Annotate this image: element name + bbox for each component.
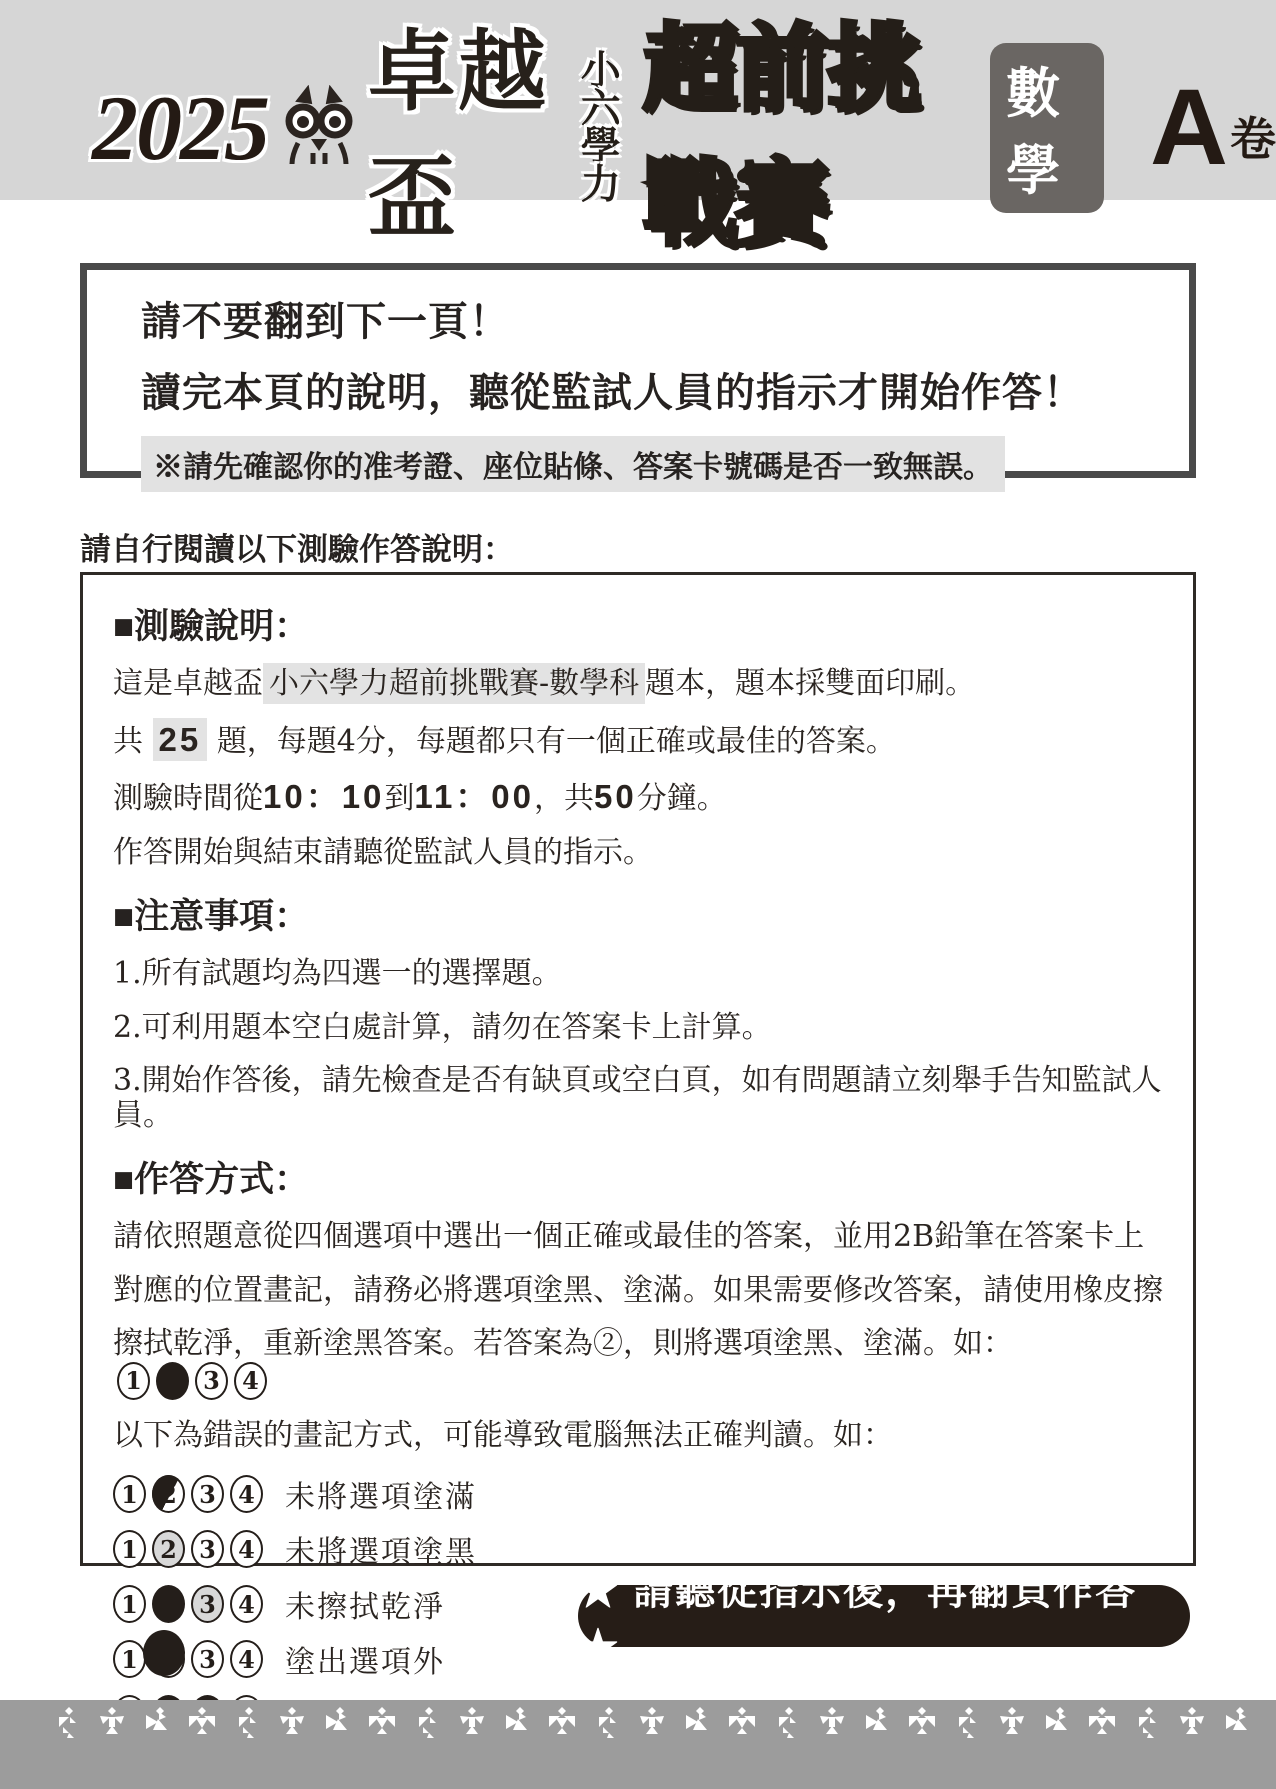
option-bubble-filled: [156, 1362, 189, 1400]
note-item-3: 3.開始作答後，請先檢查是否有缺頁或空白頁，如有問題請立刻舉手告知監試人員。: [113, 1064, 1167, 1133]
correct-marking-example: 134: [117, 1362, 273, 1400]
question-count-highlight: 25: [153, 718, 208, 761]
section-title-answer-method: ■作答方式：: [113, 1152, 1167, 1202]
tangram-figure-icon: [142, 1707, 172, 1739]
tangram-figure-icon: [862, 1707, 892, 1739]
tangram-figure-icon: [187, 1707, 217, 1739]
option-bubble: 1: [113, 1585, 146, 1623]
tangram-figure-icon: [412, 1707, 442, 1739]
tangram-figure-icon: [682, 1707, 712, 1739]
tangram-figure-icon: [637, 1707, 667, 1739]
option-bubble-gray-filled: 2: [152, 1530, 185, 1568]
option-bubble: 4: [230, 1530, 263, 1568]
section-title-notes: ■注意事項：: [113, 889, 1167, 939]
option-bubble-filled: [152, 1585, 185, 1623]
note-item-2: 2.可利用題本空白處計算，請勿在答案卡上計算。: [113, 1011, 1167, 1046]
test-info-line-3: 測驗時間從10：10到11：00，共50分鐘。: [113, 778, 1167, 817]
duration-minutes: 50: [594, 778, 637, 815]
tangram-figure-icon: [322, 1707, 352, 1739]
answer-method-line-1: 請依照題意從四個選項中選出一個正確或最佳的答案，並用2B鉛筆在答案卡上: [113, 1220, 1167, 1255]
option-bubble: 3: [195, 1362, 228, 1400]
tangram-figure-icon: [457, 1707, 487, 1739]
answer-method-line-2: 對應的位置畫記，請務必將選項塗黑、塗滿。如果需要修改答案，請使用橡皮擦: [113, 1274, 1167, 1309]
tangram-figure-icon: [97, 1707, 127, 1739]
option-bubble: 4: [230, 1640, 263, 1678]
header-band: 2025 卓越盃 小六 學力: [0, 0, 1276, 200]
grade-line-top: 小六: [581, 52, 638, 128]
text-segment: 共: [113, 724, 143, 759]
option-bubble: 1: [113, 1475, 146, 1513]
section-title-test-info: ■測驗說明：: [113, 599, 1167, 649]
tangram-figure-icon: [1087, 1707, 1117, 1739]
paper-version: A 卷: [1150, 84, 1276, 170]
note-item-1: 1.所有試題均為四選一的選擇題。: [113, 957, 1167, 992]
option-bubble: 1: [113, 1530, 146, 1568]
tangram-figure-icon: [1042, 1707, 1072, 1739]
grade-line-bottom: 學力: [581, 128, 638, 204]
event-title: 超前挑戰賽: [643, 0, 968, 263]
tangram-figure-icon: [907, 1707, 937, 1739]
option-bubble-gray-filled: 3: [191, 1585, 224, 1623]
tangram-figure-icon: [817, 1707, 847, 1739]
tangram-figure-icon: [367, 1707, 397, 1739]
year-label: 2025: [92, 75, 268, 181]
text-segment: 題本，題本採雙面印刷。: [645, 666, 975, 701]
text-segment: 到: [384, 781, 414, 816]
footer-deco-band: [0, 1700, 1276, 1789]
footer-deco-row: [52, 1707, 1276, 1739]
paper-letter: A: [1150, 84, 1228, 170]
option-bubble: 1: [113, 1640, 146, 1678]
test-info-line-4: 作答開始與結束請聽從監試人員的指示。: [113, 836, 1167, 871]
tangram-figure-icon: [952, 1707, 982, 1739]
option-bubble: 4: [230, 1475, 263, 1513]
highlighted-segment: 小六學力超前挑戰賽-數學科: [263, 663, 645, 704]
tangram-figure-icon: [277, 1707, 307, 1739]
tangram-figure-icon: [997, 1707, 1027, 1739]
wrong-marking-label: 未將選項塗滿: [285, 1472, 477, 1516]
brand-title: 卓越盃: [368, 2, 559, 254]
option-bubble-half-filled: 2: [152, 1475, 185, 1513]
text-segment: 擦拭乾淨，重新塗黑答案。若答案為②，則將選項塗黑、塗滿。如：: [113, 1326, 1013, 1361]
text-segment: 題，每題4分，每題都只有一個正確或最佳的答案。: [217, 724, 896, 759]
option-bubble: 4: [230, 1585, 263, 1623]
option-bubble: 4: [234, 1362, 267, 1400]
tangram-figure-icon: [727, 1707, 757, 1739]
option-bubble: 1: [117, 1362, 150, 1400]
instructions-box: ■測驗說明： 這是卓越盃小六學力超前挑戰賽-數學科題本，題本採雙面印刷。 共 2…: [80, 572, 1196, 1566]
answer-method-line-4: 以下為錯誤的畫記方式，可能導致電腦無法正確判讀。如：: [113, 1419, 1167, 1454]
grade-level-label: 小六 學力: [581, 52, 638, 204]
option-bubble-overflow-filled: 2: [152, 1640, 185, 1678]
test-info-line-1: 這是卓越盃小六學力超前挑戰賽-數學科題本，題本採雙面印刷。: [113, 667, 1167, 702]
option-bubble: 3: [191, 1640, 224, 1678]
answer-method-line-3: 擦拭乾淨，重新塗黑答案。若答案為②，則將選項塗黑、塗滿。如：134: [113, 1327, 1167, 1400]
notice-line-1: 請不要翻到下一頁！: [141, 290, 1189, 347]
subject-badge: 數學: [990, 43, 1104, 213]
self-read-instruction: 請自行閱讀以下測驗作答說明：: [80, 524, 514, 569]
text-segment: 分鐘。: [637, 781, 727, 816]
test-info-line-2: 共 25 題，每題4分，每題都只有一個正確或最佳的答案。: [113, 721, 1167, 760]
stop-notice-box: 請不要翻到下一頁！ 讀完本頁的說明，聽從監試人員的指示才開始作答！ ※請先確認你…: [80, 263, 1196, 478]
tangram-figure-icon: [772, 1707, 802, 1739]
option-bubble: 3: [191, 1475, 224, 1513]
tangram-figure-icon: [1222, 1707, 1252, 1739]
wrong-marking-row: 1 2 3 4 未將選項塗滿: [113, 1472, 1167, 1516]
text-segment: ，共: [534, 781, 594, 816]
paper-word: 卷: [1230, 103, 1276, 169]
exam-cover-page: 2025 卓越盃 小六 學力: [0, 0, 1276, 1789]
wait-for-instruction-banner: ★ 請聽從指示後，再翻頁作答 ★: [578, 1585, 1190, 1647]
end-time: 11：00: [414, 778, 534, 815]
tangram-figure-icon: [547, 1707, 577, 1739]
option-bubble: 3: [191, 1530, 224, 1568]
notice-highlight-note: ※請先確認你的准考證、座位貼條、答案卡號碼是否一致無誤。: [141, 436, 1005, 492]
wrong-marking-label: 塗出選項外: [285, 1637, 445, 1681]
tangram-figure-icon: [1132, 1707, 1162, 1739]
wrong-marking-label: 未擦拭乾淨: [285, 1582, 445, 1626]
wrong-marking-label: 未將選項塗黑: [285, 1527, 477, 1571]
text-segment: 這是卓越盃: [113, 666, 263, 701]
tangram-figure-icon: [232, 1707, 262, 1739]
text-segment: 測驗時間從: [113, 781, 263, 816]
tangram-figure-icon: [592, 1707, 622, 1739]
tangram-figure-icon: [52, 1707, 82, 1739]
notice-line-2: 讀完本頁的說明，聽從監試人員的指示才開始作答！: [141, 361, 1189, 418]
tangram-figure-icon: [1177, 1707, 1207, 1739]
start-time: 10：10: [263, 778, 384, 815]
tangram-figure-icon: [502, 1707, 532, 1739]
owl-logo-icon: [284, 85, 354, 171]
